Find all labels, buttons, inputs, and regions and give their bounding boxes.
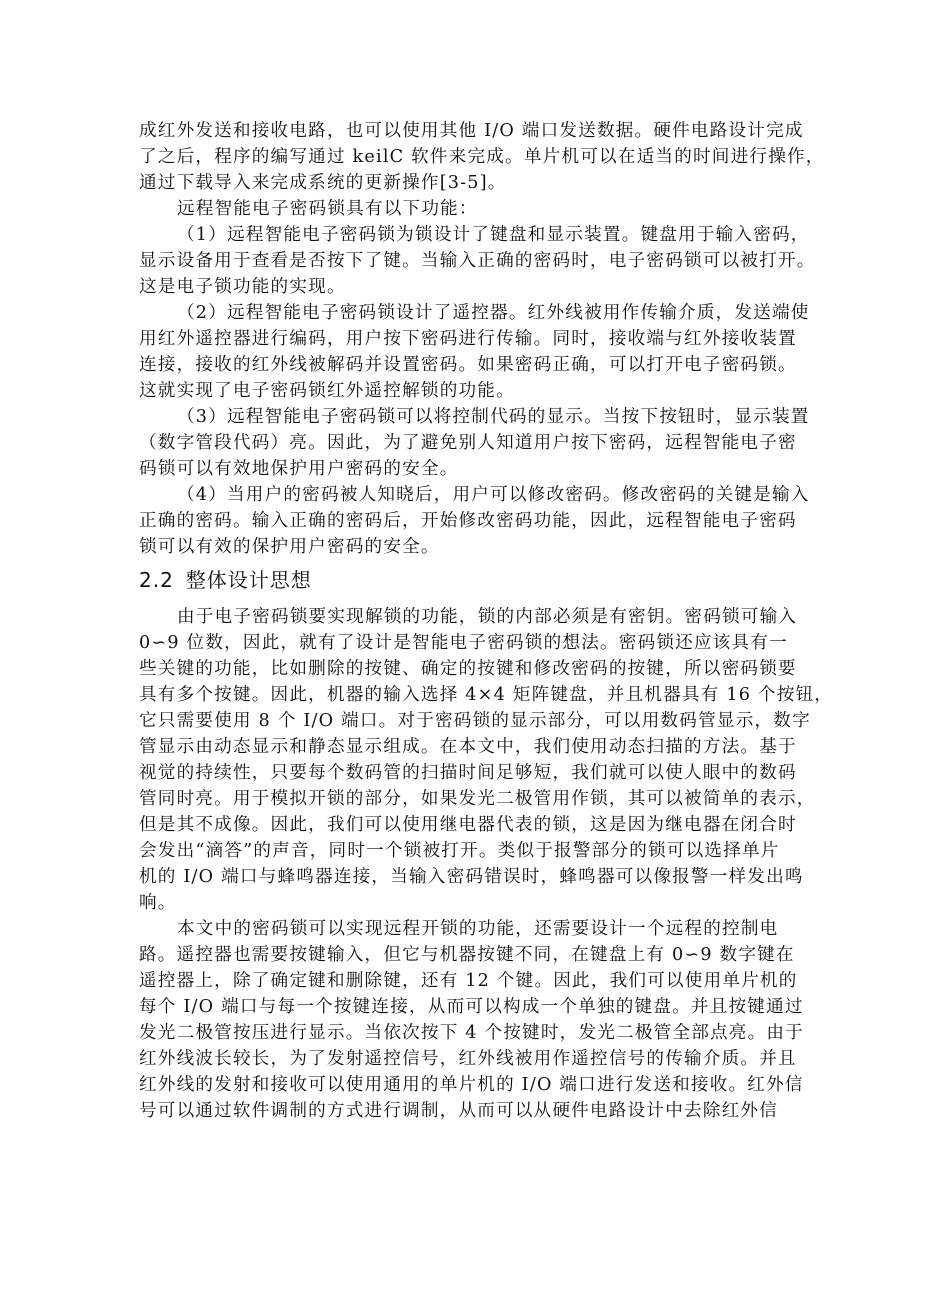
function-2-line: 连接，接收的红外线被解码并设置密码。如果密码正确，可以打开电子密码锁。 [139,352,789,378]
paragraph-2-line: 号可以通过软件调制的方式进行调制，从而可以从硬件电路设计中去除红外信 [139,1098,789,1124]
function-2-line: （2）远程智能电子密码锁设计了遥控器。红外线被用作传输介质，发送端使 [139,300,789,326]
function-1-line: 显示设备用于查看是否按下了键。当输入正确的密码时，电子密码锁可以被打开。 [139,248,789,274]
function-4-line: 锁可以有效的保护用户密码的安全。 [139,534,789,560]
function-4-line: 正确的密码。输入正确的密码后，开始修改密码功能，因此，远程智能电子密码 [139,508,789,534]
paragraph-2-line: 每个 I/O 端口与每一个按键连接，从而可以构成一个单独的键盘。并且按键通过 [139,994,789,1020]
paragraph-1-line: 管同时亮。用于模拟开锁的部分，如果发光二极管用作锁，其可以被简单的表示， [139,786,789,812]
paragraph-1-line: 由于电子密码锁要实现解锁的功能，锁的内部必须是有密钥。密码锁可输入 [139,604,789,630]
paragraph-2-line: 红外线的发射和接收可以使用通用的单片机的 I/O 端口进行发送和接收。红外信 [139,1072,789,1098]
function-3-line: 码锁可以有效地保护用户密码的安全。 [139,456,789,482]
function-2-line: 用红外遥控器进行编码，用户按下密码进行传输。同时，接收端与红外接收装置 [139,326,789,352]
paragraph-2-line: 路。遥控器也需要按键输入，但它与机器按键不同，在键盘上有 0∽9 数字键在 [139,942,789,968]
function-3-line: （3）远程智能电子密码锁可以将控制代码的显示。当按下按钮时，显示装置 [139,404,789,430]
paragraph-1-line: 它只需要使用 8 个 I/O 端口。对于密码锁的显示部分，可以用数码管显示，数字 [139,708,789,734]
function-4-line: （4）当用户的密码被人知晓后，用户可以修改密码。修改密码的关键是输入 [139,482,789,508]
paragraph-1-line: 机的 I/O 端口与蜂鸣器连接，当输入密码错误时，蜂鸣器可以像报警一样发出鸣 [139,864,789,890]
functions-intro: 远程智能电子密码锁具有以下功能： [139,196,789,222]
document-page: 成红外发送和接收电路，也可以使用其他 I/O 端口发送数据。硬件电路设计完成 了… [139,118,789,1124]
paragraph-1-line: 管显示由动态显示和静态显示组成。在本文中，我们使用动态扫描的方法。基于 [139,734,789,760]
function-3-line: （数字管段代码）亮。因此，为了避免别人知道用户按下密码，远程智能电子密 [139,430,789,456]
text-line: 通过下载导入来完成系统的更新操作[3-5]。 [139,170,789,196]
paragraph-2-line: 发光二极管按压进行显示。当依次按下 4 个按键时，发光二极管全部点亮。由于 [139,1020,789,1046]
section-number: 2.2 [139,568,174,592]
paragraph-1-line: 会发出“滴答”的声音，同时一个锁被打开。类似于报警部分的锁可以选择单片 [139,838,789,864]
paragraph-2-line: 红外线波长较长，为了发射遥控信号，红外线被用作遥控信号的传输介质。并且 [139,1046,789,1072]
function-2-line: 这就实现了电子密码锁红外遥控解锁的功能。 [139,378,789,404]
paragraph-2-line: 本文中的密码锁可以实现远程开锁的功能，还需要设计一个远程的控制电 [139,916,789,942]
paragraph-1-line: 但是其不成像。因此，我们可以使用继电器代表的锁，这是因为继电器在闭合时 [139,812,789,838]
paragraph-1-line: 0∽9 位数，因此，就有了设计是智能电子密码锁的想法。密码锁还应该具有一 [139,630,789,656]
section-title: 整体设计思想 [186,568,312,592]
section-heading: 2.2整体设计思想 [139,562,789,598]
function-1-line: 这是电子锁功能的实现。 [139,274,789,300]
paragraph-1-line: 具有多个按键。因此，机器的输入选择 4×4 矩阵键盘，并且机器具有 16 个按钮… [139,682,789,708]
text-line: 成红外发送和接收电路，也可以使用其他 I/O 端口发送数据。硬件电路设计完成 [139,118,789,144]
paragraph-1-line: 响。 [139,890,789,916]
function-1-line: （1）远程智能电子密码锁为锁设计了键盘和显示装置。键盘用于输入密码， [139,222,789,248]
text-line: 了之后，程序的编写通过 keilC 软件来完成。单片机可以在适当的时间进行操作， [139,144,789,170]
paragraph-2-line: 遥控器上，除了确定键和删除键，还有 12 个键。因此，我们可以使用单片机的 [139,968,789,994]
paragraph-1-line: 些关键的功能，比如删除的按键、确定的按键和修改密码的按键，所以密码锁要 [139,656,789,682]
paragraph-1-line: 视觉的持续性，只要每个数码管的扫描时间足够短，我们就可以使人眼中的数码 [139,760,789,786]
